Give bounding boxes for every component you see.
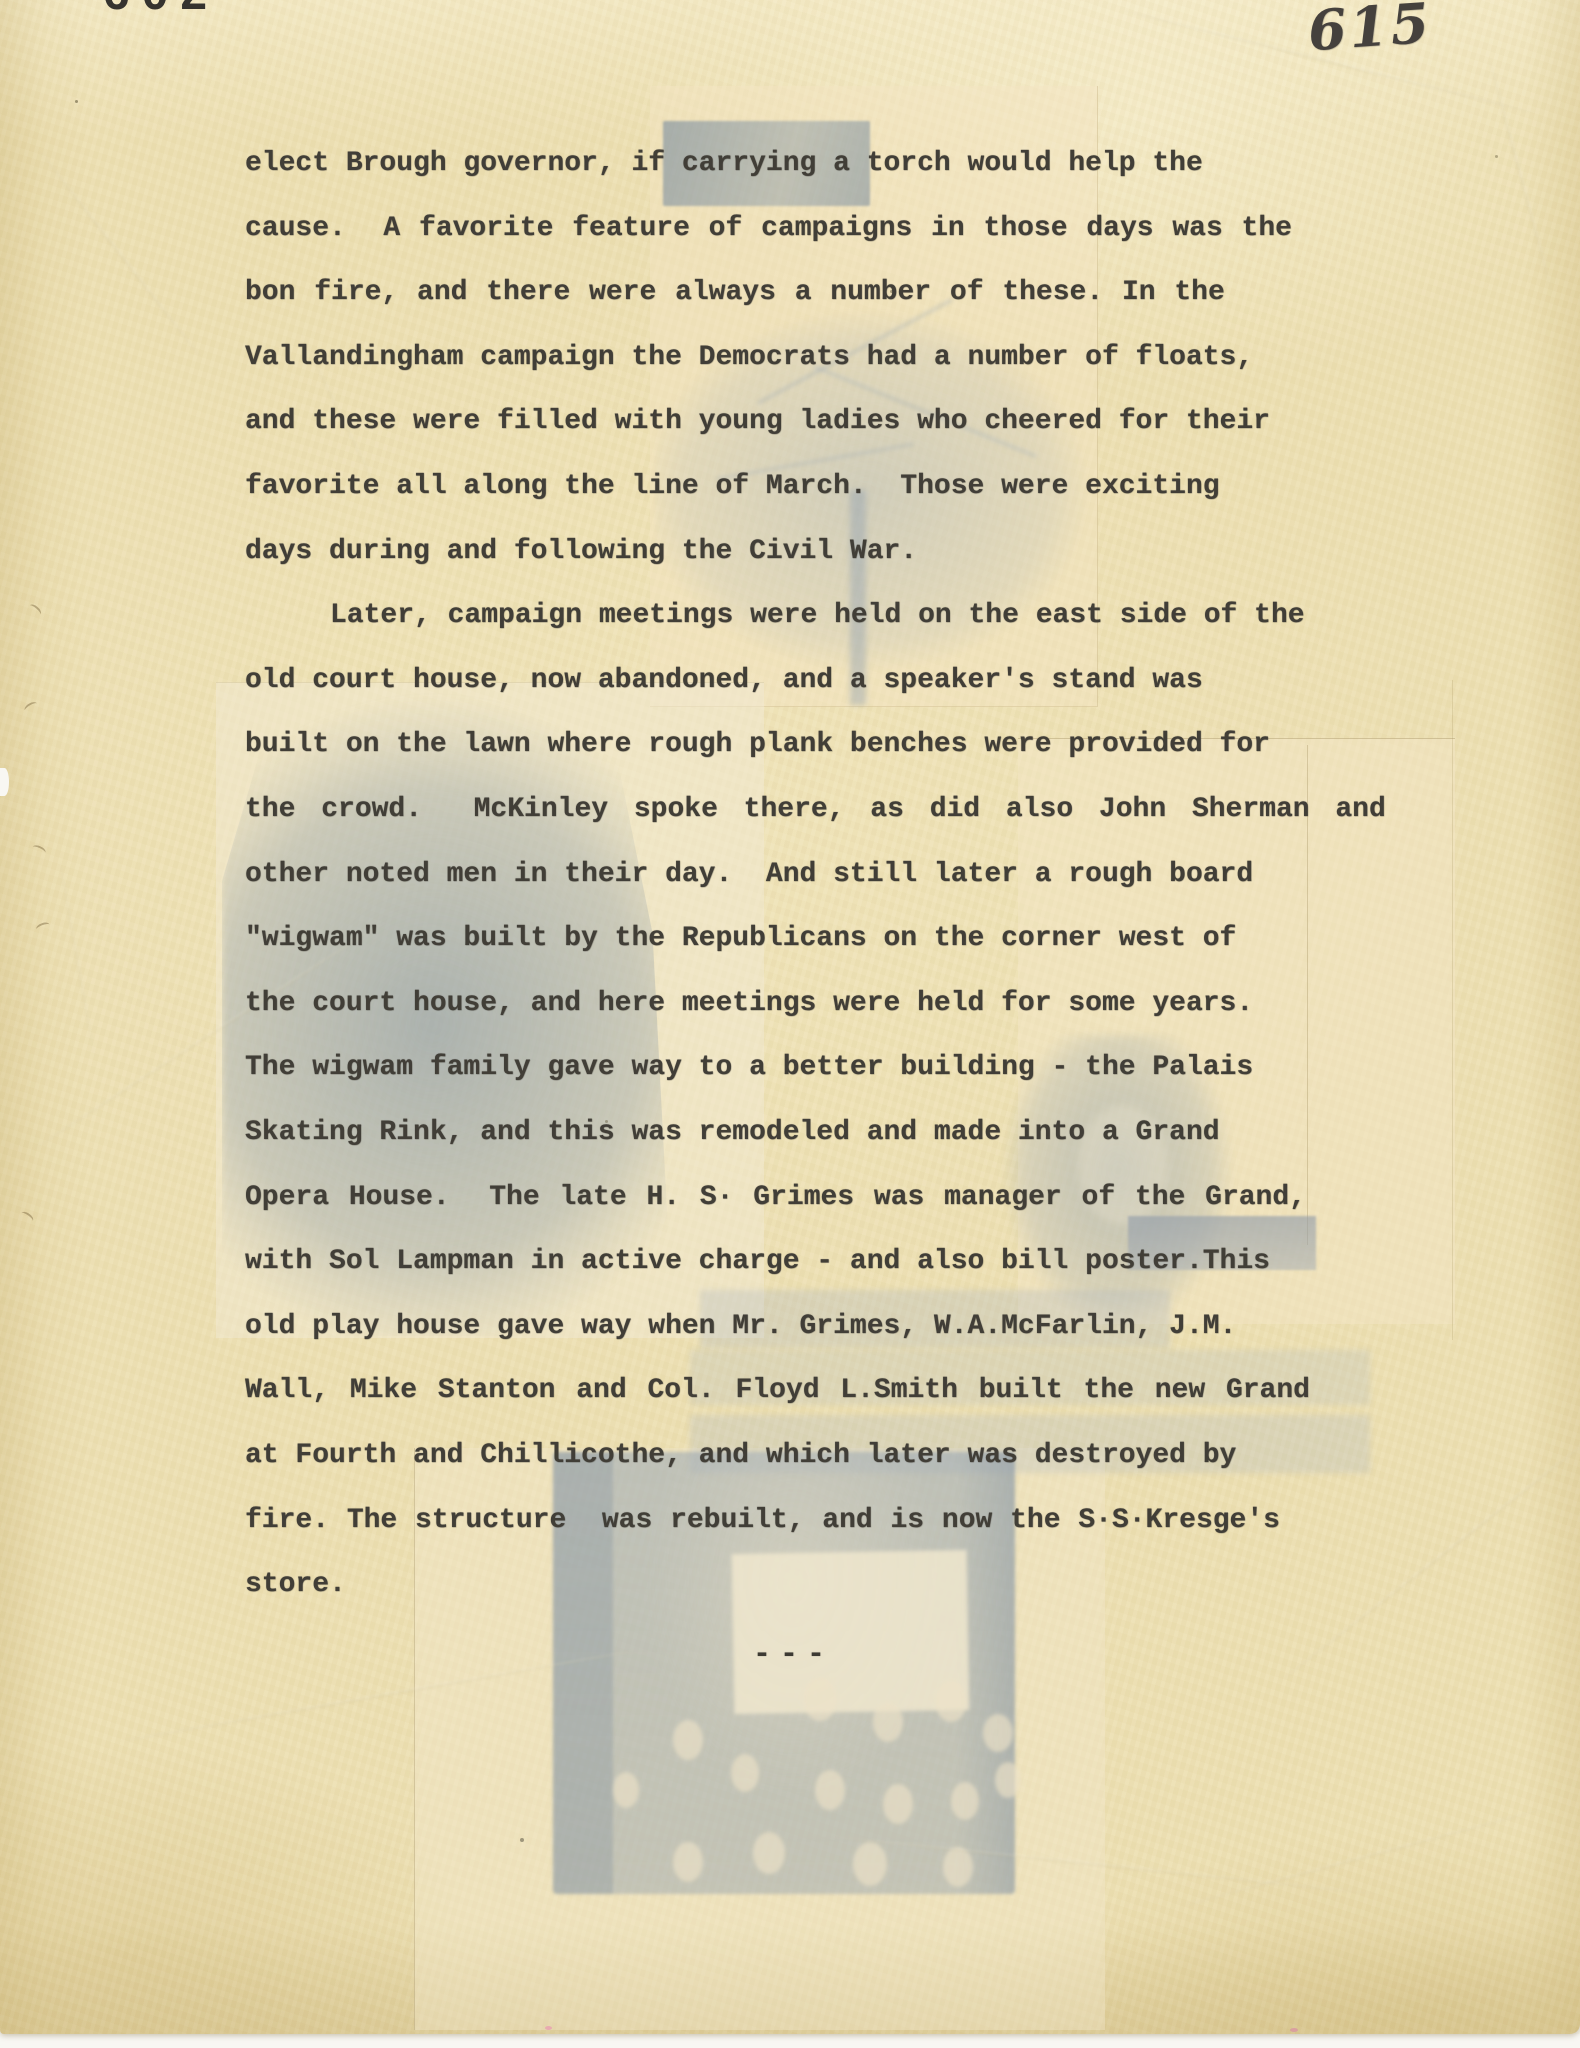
typed-line: Later, campaign meetings were held on th…: [330, 599, 1305, 633]
photo-face: [951, 1782, 979, 1820]
typed-line: bon fire, and there were always a number…: [245, 276, 1225, 310]
photo-face: [935, 1680, 967, 1722]
photo-face: [613, 1772, 639, 1808]
edge-nick: [31, 843, 47, 856]
paper-speck: [520, 1838, 524, 1842]
paper-crease: [830, 1835, 1387, 1897]
paper-sheet: 602 615 elect Brough governor, if carryi…: [0, 0, 1580, 2034]
typed-line: the court house, and here meetings were …: [245, 987, 1253, 1021]
photo-face: [673, 1720, 703, 1760]
edge-tear: [0, 768, 9, 796]
photo-sign-panel: [732, 1550, 970, 1714]
typed-line: the crowd. McKinley spoke there, as did …: [245, 793, 1386, 827]
photo-face: [983, 1714, 1013, 1752]
typed-line: "wigwam" was built by the Republicans on…: [245, 922, 1236, 956]
typed-line: fire. The structure was rebuilt, and is …: [245, 1504, 1280, 1538]
pink-speck: [1290, 2028, 1298, 2032]
edge-nick: [23, 700, 39, 714]
photo-face: [883, 1784, 913, 1824]
photo-face: [995, 1762, 1021, 1798]
paper-crease: [1489, 61, 1554, 294]
photo-face: [815, 1770, 845, 1810]
typed-line: and these were filled with young ladies …: [245, 405, 1270, 439]
paper-speck: [1495, 155, 1498, 158]
photo-face: [731, 1754, 759, 1792]
typed-line: elect Brough governor, if carrying a tor…: [245, 147, 1203, 181]
photo-face: [673, 1842, 703, 1882]
paper-speck: [75, 100, 78, 103]
typed-line: Wall, Mike Stanton and Col. Floyd L.Smit…: [245, 1374, 1310, 1408]
typed-line: days during and following the Civil War.: [245, 535, 917, 569]
typed-line: with Sol Lampman in active charge - and …: [245, 1245, 1270, 1279]
typed-line: cause. A favorite feature of campaigns i…: [245, 212, 1292, 246]
section-end-dashes: ---: [753, 1638, 834, 1672]
typed-line: Skating Rink, and this was remodeled and…: [245, 1116, 1220, 1150]
photo-face: [753, 1832, 785, 1874]
stamp-digits: 602: [103, 0, 219, 12]
edge-nick: [27, 602, 43, 617]
pink-speck: [545, 2026, 552, 2030]
handwritten-page-number: 615: [1306, 0, 1434, 63]
paper-crease: [59, 861, 97, 1058]
scanned-document-page: 602 615 elect Brough governor, if carryi…: [0, 0, 1580, 2048]
typed-line: The wigwam family gave way to a better b…: [245, 1051, 1253, 1085]
top-left-partial-stamp: 602: [103, 0, 273, 12]
photo-face: [873, 1702, 903, 1742]
typed-line: old play house gave way when Mr. Grimes,…: [245, 1310, 1236, 1344]
edge-nick: [19, 1210, 35, 1225]
photo-face: [943, 1847, 973, 1887]
paper-crease: [1180, 1807, 1548, 1908]
typed-line: Opera House. The late H. S· Grimes was m…: [245, 1181, 1306, 1215]
paper-crease: [1279, 1416, 1580, 1683]
paper-crease: [120, 1650, 633, 1743]
typed-line: favorite all along the line of March. Th…: [245, 470, 1220, 504]
typed-line: store.: [245, 1568, 346, 1602]
photo-face: [803, 1677, 837, 1721]
edge-nick: [35, 921, 51, 933]
typed-line: at Fourth and Chillicothe, and which lat…: [245, 1439, 1236, 1473]
typed-line: old court house, now abandoned, and a sp…: [245, 664, 1203, 698]
photo-face: [853, 1842, 887, 1886]
typed-line: Vallandingham campaign the Democrats had…: [245, 341, 1253, 375]
typed-line: built on the lawn where rough plank benc…: [245, 728, 1270, 762]
paper-crease: [39, 151, 201, 358]
fold-line-right: [1452, 680, 1453, 1340]
typed-line: other noted men in their day. And still …: [245, 858, 1253, 892]
